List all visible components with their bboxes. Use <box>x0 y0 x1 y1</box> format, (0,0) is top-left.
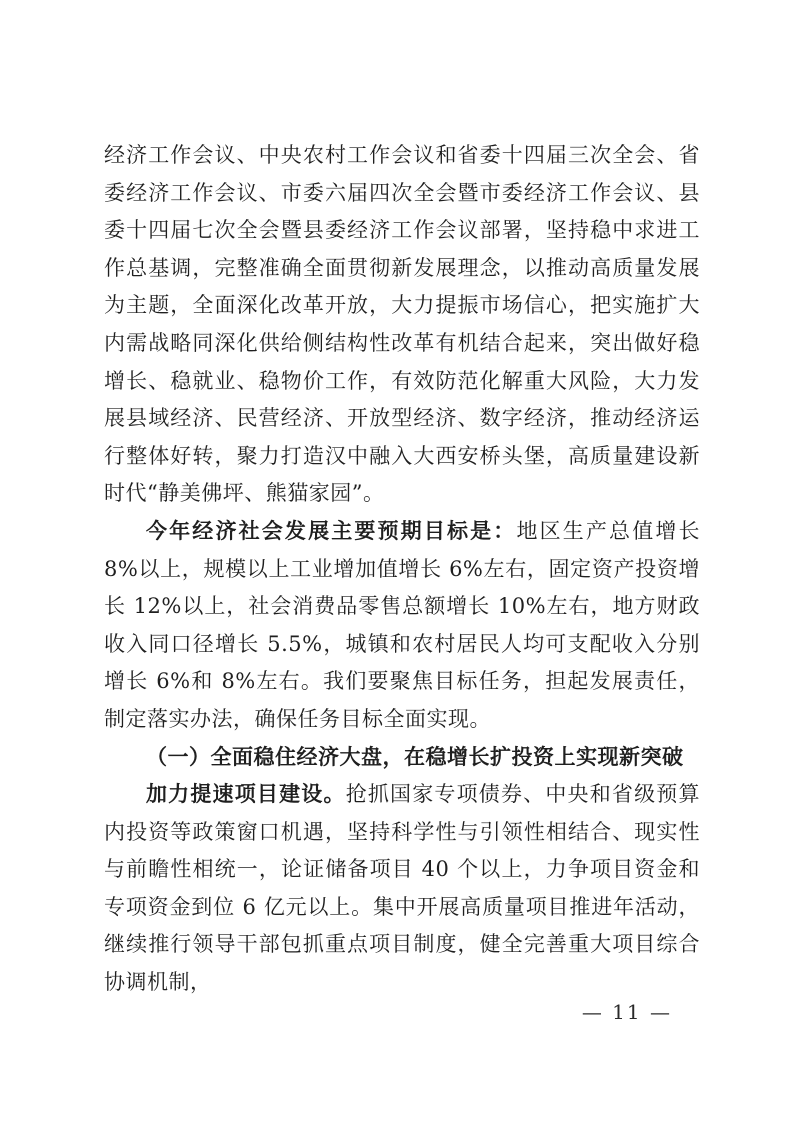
page-number: — 11 — <box>582 1000 672 1024</box>
heading-text: （一）全面稳住经济大盘，在稳增长扩投资上实现新突破 <box>146 745 684 769</box>
text-segment: 地区生产总值增长 8%以上，规模以上工业增加值增长 6%左右，固定资产投资增长 … <box>104 519 700 731</box>
paragraph-project-construction: 加力提速项目建设。抢抓国家专项债券、中央和省级预算内投资等政策窗口机遇，坚持科学… <box>104 776 700 1002</box>
text-segment: 经济工作会议、中央农村工作会议和省委十四届三次全会、省委经济工作会议、市委六届四… <box>104 143 700 505</box>
text-segment: 抢抓国家专项债券、中央和省级预算内投资等政策窗口机遇，坚持科学性与引领性相结合、… <box>104 782 700 994</box>
paragraph-continuation: 经济工作会议、中央农村工作会议和省委十四届三次全会、省委经济工作会议、市委六届四… <box>104 137 700 513</box>
bold-lead-segment: 加力提速项目建设。 <box>146 782 346 806</box>
bold-lead-segment: 今年经济社会发展主要预期目标是： <box>146 519 516 543</box>
paragraph-annual-targets: 今年经济社会发展主要预期目标是：地区生产总值增长 8%以上，规模以上工业增加值增… <box>104 513 700 739</box>
text-block: 经济工作会议、中央农村工作会议和省委十四届三次全会、省委经济工作会议、市委六届四… <box>104 137 700 1002</box>
document-page: 经济工作会议、中央农村工作会议和省委十四届三次全会、省委经济工作会议、市委六届四… <box>0 0 793 1122</box>
section-heading: （一）全面稳住经济大盘，在稳增长扩投资上实现新突破 <box>104 739 700 777</box>
